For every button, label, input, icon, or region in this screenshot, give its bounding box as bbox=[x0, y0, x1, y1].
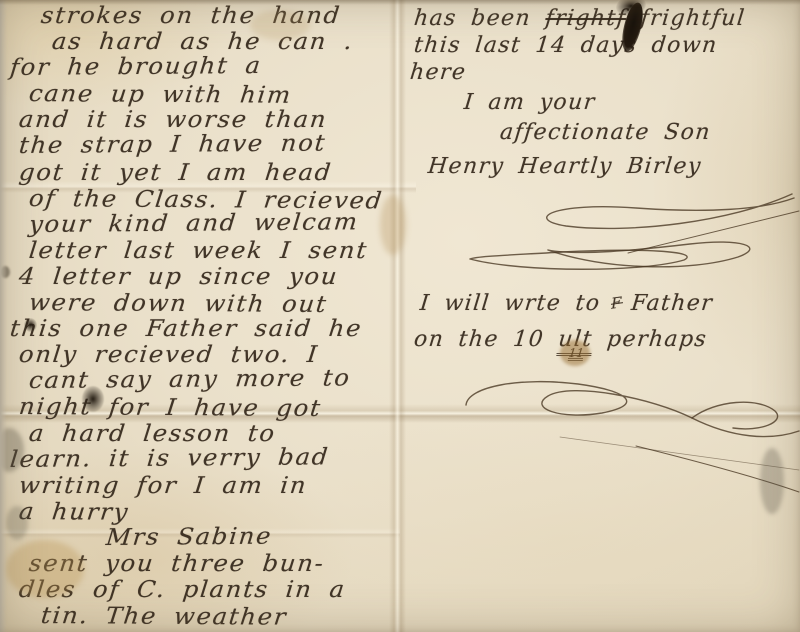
line-text: on the 10 bbox=[413, 327, 546, 352]
handwriting-line: night for I have got bbox=[18, 394, 427, 423]
handwriting-line: this last 14 days down bbox=[413, 33, 719, 58]
handwriting-line: letter last week I sent bbox=[28, 238, 426, 264]
handwriting-line: cant say any more to bbox=[28, 365, 426, 394]
handwriting-line: writing for I am in bbox=[18, 473, 427, 499]
signature: Henry Heartly Birley bbox=[427, 154, 703, 179]
handwriting-line: here bbox=[409, 60, 468, 85]
letter-scan: strokes on the hand as hard as he can . … bbox=[0, 0, 800, 632]
handwriting-line: sent you three bun- bbox=[28, 551, 426, 577]
struck-word: frightf bbox=[544, 6, 627, 31]
handwriting-line: were down with out bbox=[28, 290, 426, 319]
left-page: strokes on the hand as hard as he can . … bbox=[10, 3, 402, 629]
handwriting-line: got it yet I am head bbox=[18, 160, 427, 186]
postscript-line: on the 10 ult11 perhaps bbox=[413, 327, 709, 352]
scan-edge bbox=[0, 0, 7, 632]
line-text: frightful bbox=[639, 6, 746, 31]
handwriting-line: cane up with him bbox=[28, 81, 426, 110]
line-text: has been bbox=[413, 6, 533, 31]
line-text: perhaps bbox=[606, 327, 709, 352]
closing-line: affectionate Son bbox=[499, 120, 713, 145]
handwriting-line: a hard lesson to bbox=[28, 421, 426, 447]
handwriting-line: has been frightf frightful bbox=[413, 6, 747, 31]
handwriting-line: tin. The weather bbox=[40, 603, 425, 632]
right-page: has been frightf frightful this last 14 … bbox=[402, 0, 800, 632]
handwriting-line: Mrs Sabine bbox=[105, 522, 422, 551]
handwriting-line: strokes on the hand bbox=[40, 3, 425, 29]
inserted-letter: F bbox=[611, 293, 624, 312]
handwriting-line: learn. it is verry bad bbox=[9, 443, 427, 473]
underlined-word: ult11 bbox=[557, 327, 594, 356]
line-text: I will wrte to bbox=[419, 291, 602, 316]
handwriting-line: your kind and welcam bbox=[28, 208, 426, 237]
subscript-number: 11 bbox=[568, 348, 585, 361]
handwriting-line: this one Father said he bbox=[9, 316, 427, 342]
closing-line: I am your bbox=[463, 90, 597, 115]
handwriting-line: dles of C. plants in a bbox=[18, 577, 427, 603]
handwriting-line: the strap I have not bbox=[18, 130, 427, 159]
postscript-line: I will wrte to F Father bbox=[419, 291, 715, 316]
scan-edge bbox=[0, 0, 800, 5]
handwriting-line: for he brought a bbox=[9, 52, 427, 82]
handwriting-line: 4 letter up since you bbox=[18, 264, 427, 290]
line-text: Father bbox=[630, 291, 714, 316]
